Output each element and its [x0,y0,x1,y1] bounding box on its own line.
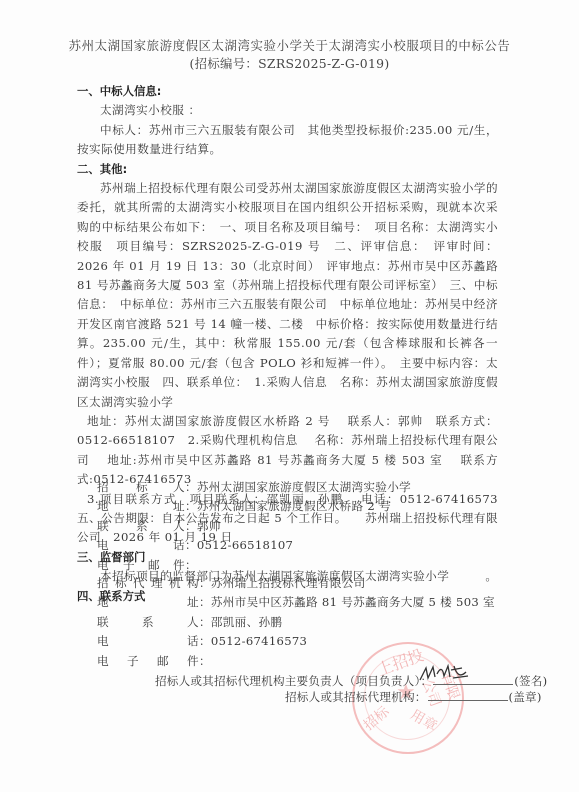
contact-row: 联系人 ：郭帅 [77,517,498,536]
winner-paragraph: 中标人：苏州市三六五服装有限公司 其他类型投标报价:235.00 元/生，按实际… [77,121,498,160]
contact-row: 招标人 ：苏州太湖国家旅游度假区太湖湾实验小学 [77,478,498,497]
signature-line: 招标人或其招标代理机构主要负责人（项目负责人）：(签名) [155,672,547,689]
result-paragraph: 苏州瑞上招投标代理有限公司受苏州太湖国家旅游度假区太湖湾实验小学的委托，就其所需… [77,179,498,412]
tender-number: (招标编号：SZRS2025-Z-G-019) [0,54,579,72]
seal-line: 招标人或其招标代理机构：(盖章) [285,688,542,705]
contact-row: 电话 ：0512-66518107 [77,536,498,555]
section-heading: 一、中标人信息: [77,82,498,101]
seal-field [428,688,508,701]
contact-row: 地址 ：苏州市吴中区苏蠡路 81 号苏蠡商务大厦 5 楼 503 室 [77,593,498,612]
tenderer-contact: 招标人 ：苏州太湖国家旅游度假区太湖湾实验小学 地址 ：苏州太湖国家旅游度假区水… [77,478,498,575]
signature-suffix: (签名) [514,674,547,688]
item-name: 太湖湾实小校服 ： [77,101,498,120]
contact-row: 地址 ：苏州太湖国家旅游度假区水桥路 2 号 [77,497,498,516]
signature-label: 招标人或其招标代理机构主要负责人（项目负责人）： [155,674,432,688]
contact-row: 电子邮件 ： [77,556,498,575]
document-page: 苏州太湖国家旅游度假区太湖湾实验小学关于太湖湾实小校服项目的中标公告 (招标编号… [0,0,579,792]
seal-label: 招标人或其招标代理机构： [285,690,427,704]
contact-row: 招标代理机构 ：苏州瑞上招投标代理有限公司 [77,574,498,593]
handwritten-signature-icon [418,662,470,684]
document-title: 苏州太湖国家旅游度假区太湖湾实验小学关于太湖湾实小校服项目的中标公告 [0,36,579,54]
seal-suffix: (盖章) [509,690,542,704]
section-heading: 二、其他: [77,160,498,179]
contact-row: 联系人 ：邵凯丽、孙鹏 [77,613,498,632]
